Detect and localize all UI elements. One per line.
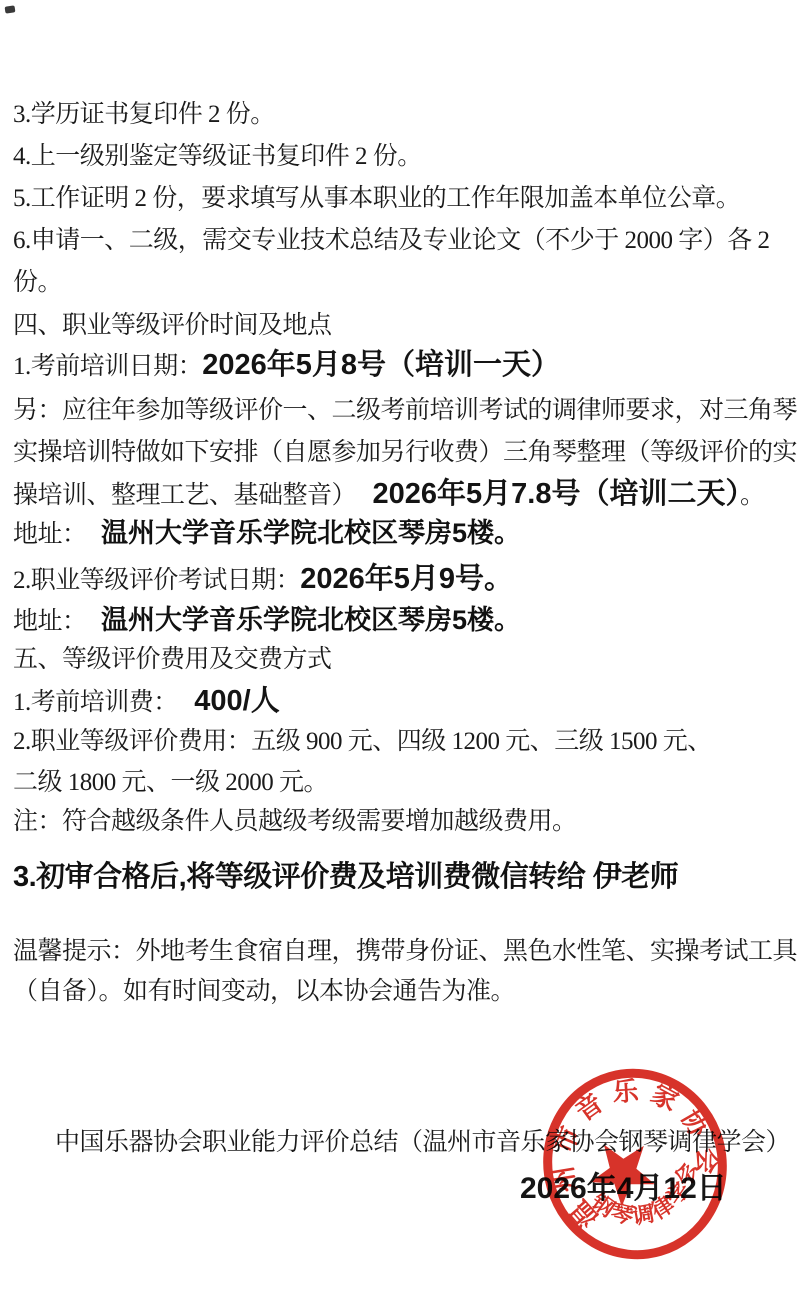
extra-note-line-3: 操培训、整理工艺、基础整音） 2026年5月7.8号（培训二天）。 (13, 477, 765, 512)
text-segment: 操培训、整理工艺、基础整音） (13, 482, 344, 509)
training-date-line: 1.考前培训日期：2026年5月8号（培训一天） (13, 348, 560, 383)
heading-text: 五、等级评价费用及交费方式 (13, 646, 332, 673)
date-value: 2026年5月8号（培训一天） (202, 349, 560, 381)
tips-line-1: 温馨提示：外地考生食宿自理，携带身份证、黑色水性笔、实操考试工具 (13, 937, 797, 967)
label: 1.考前培训费： (13, 689, 165, 716)
scan-artifact (5, 5, 16, 13)
date-value: 2026年5月9号。 (300, 563, 513, 595)
label: 1.考前培训日期： (13, 353, 202, 380)
text-segment: 份。 (13, 269, 62, 296)
text-segment: 4.上一级别鉴定等级证书复印件 2 份。 (13, 143, 422, 170)
extra-note-line-1: 另：应往年参加等级评价一、二级考前培训考试的调律师要求，对三角琴 (13, 396, 797, 426)
text-segment: 2.职业等级评价费用：五级 900 元、四级 1200 元、三级 1500 元、 (13, 728, 712, 755)
date-value: 2026年5月7.8号（培训二天） (344, 478, 740, 510)
list-item-6: 6.申请一、二级，需交专业技术总结及专业论文（不少于 2000 字）各 2 (13, 226, 770, 256)
text-segment: 另：应往年参加等级评价一、二级考前培训考试的调律师要求，对三角琴 (13, 397, 797, 424)
extra-note-line-2: 实操培训特做如下安排（自愿参加另行收费）三角琴整理（等级评价的实 (13, 438, 797, 468)
label: 地址： (13, 521, 74, 548)
address-line-1: 地址： 温州大学音乐学院北校区琴房5楼。 (13, 517, 521, 550)
evaluation-fee-line-2: 二级 1800 元、一级 2000 元。 (13, 768, 328, 798)
heading-text: 四、职业等级评价时间及地点 (13, 312, 332, 339)
list-item-4: 4.上一级别鉴定等级证书复印件 2 份。 (13, 142, 422, 172)
list-item-3: 3.学历证书复印件 2 份。 (13, 100, 275, 130)
payment-instruction-text: 3.初审合格后,将等级评价费及培训费微信转给 伊老师 (13, 861, 678, 893)
address-value: 温州大学音乐学院北校区琴房5楼。 (74, 518, 521, 548)
label: 地址： (13, 608, 74, 635)
exam-date-line: 2.职业等级评价考试日期：2026年5月9号。 (13, 562, 513, 597)
training-fee-line: 1.考前培训费： 400/人 (13, 684, 280, 719)
text-segment: 5.工作证明 2 份，要求填写从事本职业的工作年限加盖本单位公章。 (13, 185, 740, 212)
document-page: 3.学历证书复印件 2 份。 4.上一级别鉴定等级证书复印件 2 份。 5.工作… (0, 0, 810, 1310)
text-segment: （自备）。如有时间变动，以本协会通告为准。 (13, 978, 515, 1005)
text-segment: 二级 1800 元、一级 2000 元。 (13, 769, 328, 796)
text-segment: 。 (740, 482, 765, 509)
official-seal: 温州市音乐家协会 钢琴调律学会 (535, 1066, 735, 1266)
address-line-2: 地址： 温州大学音乐学院北校区琴房5楼。 (13, 604, 521, 637)
fee-value: 400/人 (165, 685, 279, 717)
upgrade-note-line: 注：符合越级条件人员越级考级需要增加越级费用。 (13, 807, 577, 837)
tips-line-2: （自备）。如有时间变动，以本协会通告为准。 (13, 977, 515, 1007)
label: 2.职业等级评价考试日期： (13, 567, 300, 594)
list-item-6-continued: 份。 (13, 268, 62, 298)
evaluation-fee-line-1: 2.职业等级评价费用：五级 900 元、四级 1200 元、三级 1500 元、 (13, 727, 712, 757)
payment-instruction-line: 3.初审合格后,将等级评价费及培训费微信转给 伊老师 (13, 860, 678, 895)
text-segment: 注：符合越级条件人员越级考级需要增加越级费用。 (13, 808, 577, 835)
section-5-heading: 五、等级评价费用及交费方式 (13, 645, 332, 675)
text-segment: 3.学历证书复印件 2 份。 (13, 101, 275, 128)
section-4-heading: 四、职业等级评价时间及地点 (13, 311, 332, 341)
text-segment: 温馨提示：外地考生食宿自理，携带身份证、黑色水性笔、实操考试工具 (13, 938, 797, 965)
address-value: 温州大学音乐学院北校区琴房5楼。 (74, 605, 521, 635)
list-item-5: 5.工作证明 2 份，要求填写从事本职业的工作年限加盖本单位公章。 (13, 184, 740, 214)
text-segment: 6.申请一、二级，需交专业技术总结及专业论文（不少于 2000 字）各 2 (13, 227, 770, 254)
text-segment: 实操培训特做如下安排（自愿参加另行收费）三角琴整理（等级评价的实 (13, 439, 797, 466)
